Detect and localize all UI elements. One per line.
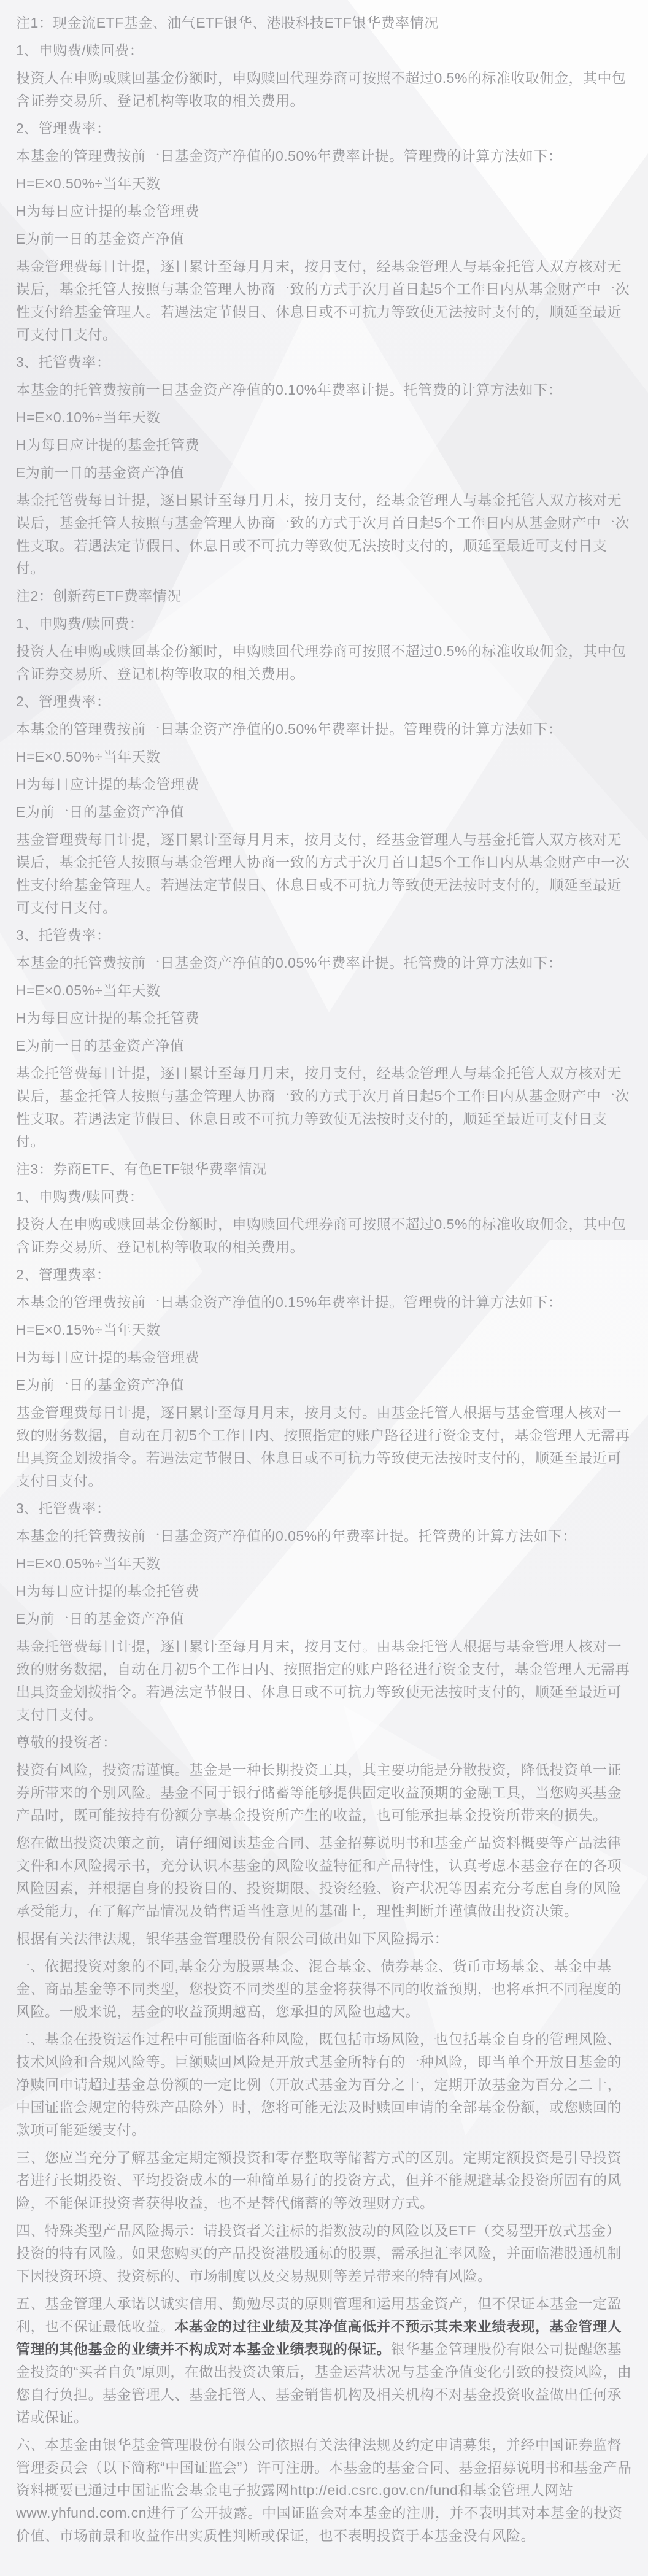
text-run: 1、申购费/赎回费： [16,615,144,631]
paragraph: 您在做出投资决策之前，请仔细阅读基金合同、基金招募说明书和基金产品资料概要等产品… [16,1832,632,1922]
text-run: 基金管理费每日计提，逐日累计至每月月末，按月支付，经基金管理人与基金托管人双方核… [16,258,630,342]
paragraph: 注1：现金流ETF基金、油气ETF银华、港股科技ETF银华费率情况 [16,12,632,34]
paragraph: H=E×0.50%÷当年天数 [16,172,632,195]
paragraph: 基金托管费每日计提，逐日累计至每月月末，按月支付，经基金管理人与基金托管人双方核… [16,1062,632,1153]
paragraph: 投资人在申购或赎回基金份额时，申购赎回代理券商可按照不超过0.5%的标准收取佣金… [16,1213,632,1259]
text-run: 注2：创新药ETF费率情况 [16,588,182,604]
text-run: 3、托管费率： [16,354,110,370]
text-run: 基金管理费每日计提，逐日累计至每月月末，按月支付。由基金托管人根据与基金管理人核… [16,1405,630,1489]
paragraph: H为每日应计提的基金管理费 [16,200,632,223]
paragraph: E为前一日的基金资产净值 [16,801,632,823]
text-run: H为每日应计提的基金托管费 [16,1010,199,1026]
text-run: 基金管理费每日计提，逐日累计至每月月末，按月支付，经基金管理人与基金托管人双方核… [16,831,630,916]
paragraph: 基金管理费每日计提，逐日累计至每月月末，按月支付。由基金托管人根据与基金管理人核… [16,1402,632,1492]
text-run: H=E×0.50%÷当年天数 [16,175,161,191]
text-run: E为前一日的基金资产净值 [16,1611,184,1627]
paragraph: E为前一日的基金资产净值 [16,1035,632,1057]
paragraph: E为前一日的基金资产净值 [16,1374,632,1397]
text-run: 本基金的托管费按前一日基金资产净值的0.05%年费率计提。托管费的计算方法如下： [16,955,562,971]
paragraph: 本基金的管理费按前一日基金资产净值的0.15%年费率计提。管理费的计算方法如下： [16,1291,632,1314]
paragraph: 六、本基金由银华基金管理股份有限公司依照有关法律法规及约定申请募集，并经中国证券… [16,2434,632,2547]
paragraph: 本基金的托管费按前一日基金资产净值的0.05%的年费率计提。托管费的计算方法如下… [16,1525,632,1548]
paragraph: H为每日应计提的基金管理费 [16,1346,632,1369]
paragraph: 3、托管费率： [16,1497,632,1520]
paragraph: 三、您应当充分了解基金定期定额投资和零存整取等储蓄方式的区别。定期定额投资是引导… [16,2146,632,2215]
text-run: H为每日应计提的基金管理费 [16,1349,199,1365]
text-run: 本基金的托管费按前一日基金资产净值的0.10%年费率计提。托管费的计算方法如下： [16,382,562,398]
paragraph: 五、基金管理人承诺以诚实信用、勤勉尽责的原则管理和运用基金资产，但不保证本基金一… [16,2293,632,2429]
text-run: H=E×0.50%÷当年天数 [16,749,161,765]
text-run: 投资人在申购或赎回基金份额时，申购赎回代理券商可按照不超过0.5%的标准收取佣金… [16,643,626,682]
paragraph: 本基金的托管费按前一日基金资产净值的0.05%年费率计提。托管费的计算方法如下： [16,952,632,974]
paragraph: 一、依据投资对象的不同,基金分为股票基金、混合基金、债券基金、货币市场基金、基金… [16,1955,632,2023]
paragraph: 3、托管费率： [16,351,632,374]
paragraph: 本基金的管理费按前一日基金资产净值的0.50%年费率计提。管理费的计算方法如下： [16,718,632,741]
text-run: 3、托管费率： [16,927,110,943]
paragraph: E为前一日的基金资产净值 [16,228,632,250]
text-run: H=E×0.05%÷当年天数 [16,1556,161,1571]
text-run: H为每日应计提的基金托管费 [16,437,199,453]
text-run: 本基金的管理费按前一日基金资产净值的0.15%年费率计提。管理费的计算方法如下： [16,1294,562,1310]
paragraph: E为前一日的基金资产净值 [16,1608,632,1630]
text-run: 3、托管费率： [16,1500,110,1516]
paragraph: H=E×0.50%÷当年天数 [16,746,632,768]
text-run: 您在做出投资决策之前，请仔细阅读基金合同、基金招募说明书和基金产品资料概要等产品… [16,1835,622,1919]
paragraph: H为每日应计提的基金托管费 [16,1007,632,1030]
text-run: 基金托管费每日计提，逐日累计至每月月末，按月支付，经基金管理人与基金托管人双方核… [16,492,630,576]
paragraph: 基金托管费每日计提，逐日累计至每月月末，按月支付。由基金托管人根据与基金管理人核… [16,1635,632,1726]
paragraph: 投资有风险，投资需谨慎。基金是一种长期投资工具，其主要功能是分散投资，降低投资单… [16,1759,632,1827]
text-run: 投资有风险，投资需谨慎。基金是一种长期投资工具，其主要功能是分散投资，降低投资单… [16,1762,622,1823]
paragraph: 注3：券商ETF、有色ETF银华费率情况 [16,1158,632,1181]
paragraph: 2、管理费率： [16,690,632,713]
text-run: 根据有关法律法规，银华基金管理股份有限公司做出如下风险揭示： [16,1930,449,1946]
text-run: 投资人在申购或赎回基金份额时，申购赎回代理券商可按照不超过0.5%的标准收取佣金… [16,70,626,109]
text-run: E为前一日的基金资产净值 [16,231,184,247]
paragraph: 基金托管费每日计提，逐日累计至每月月末，按月支付，经基金管理人与基金托管人双方核… [16,489,632,580]
text-run: 尊敬的投资者： [16,1734,117,1750]
paragraph: 1、申购费/赎回费： [16,612,632,635]
paragraph: H=E×0.10%÷当年天数 [16,406,632,429]
text-run: 1、申购费/赎回费： [16,1189,144,1205]
text-run: 注1：现金流ETF基金、油气ETF银华、港股科技ETF银华费率情况 [16,15,439,31]
text-run: H=E×0.05%÷当年天数 [16,982,161,998]
text-run: 基金托管费每日计提，逐日累计至每月月末，按月支付。由基金托管人根据与基金管理人核… [16,1638,630,1722]
text-run: 本基金的管理费按前一日基金资产净值的0.50%年费率计提。管理费的计算方法如下： [16,148,562,164]
paragraph: 1、申购费/赎回费： [16,39,632,62]
section-note1: 注1：现金流ETF基金、油气ETF银华、港股科技ETF银华费率情况1、申购费/赎… [16,12,632,580]
text-run: 2、管理费率： [16,120,110,136]
paragraph: 2、管理费率： [16,1263,632,1286]
text-run: 2、管理费率： [16,693,110,709]
paragraph: 基金管理费每日计提，逐日累计至每月月末，按月支付，经基金管理人与基金托管人双方核… [16,255,632,346]
paragraph: H=E×0.05%÷当年天数 [16,1552,632,1575]
paragraph: 本基金的管理费按前一日基金资产净值的0.50%年费率计提。管理费的计算方法如下： [16,145,632,168]
text-run: 1、申购费/赎回费： [16,42,144,58]
paragraph: 投资人在申购或赎回基金份额时，申购赎回代理券商可按照不超过0.5%的标准收取佣金… [16,640,632,685]
text-run: E为前一日的基金资产净值 [16,804,184,820]
text-run: H为每日应计提的基金托管费 [16,1583,199,1599]
text-run: 三、您应当充分了解基金定期定额投资和零存整取等储蓄方式的区别。定期定额投资是引导… [16,2150,622,2211]
text-run: E为前一日的基金资产净值 [16,1377,184,1393]
text-run: H为每日应计提的基金管理费 [16,776,199,792]
paragraph: E为前一日的基金资产净值 [16,461,632,484]
paragraph: 尊敬的投资者： [16,1731,632,1754]
paragraph: 1、申购费/赎回费： [16,1186,632,1208]
text-run: 基金托管费每日计提，逐日累计至每月月末，按月支付，经基金管理人与基金托管人双方核… [16,1065,630,1149]
text-run: 四、特殊类型产品风险揭示：请投资者关注标的指数波动的风险以及ETF（交易型开放式… [16,2223,622,2284]
text-run: 二、基金在投资运作过程中可能面临各种风险，既包括市场风险，也包括基金自身的管理风… [16,2031,622,2138]
paragraph: 二、基金在投资运作过程中可能面临各种风险，既包括市场风险，也包括基金自身的管理风… [16,2028,632,2142]
text-run: H=E×0.15%÷当年天数 [16,1322,161,1338]
section-note3: 注3：券商ETF、有色ETF银华费率情况1、申购费/赎回费：投资人在申购或赎回基… [16,1158,632,1726]
paragraph: 基金管理费每日计提，逐日累计至每月月末，按月支付，经基金管理人与基金托管人双方核… [16,828,632,919]
paragraph: 2、管理费率： [16,117,632,140]
text-run: 投资人在申购或赎回基金份额时，申购赎回代理券商可按照不超过0.5%的标准收取佣金… [16,1216,626,1255]
text-run: E为前一日的基金资产净值 [16,1038,184,1054]
text-run: H为每日应计提的基金管理费 [16,203,199,219]
paragraph: 注2：创新药ETF费率情况 [16,585,632,607]
paragraph: 根据有关法律法规，银华基金管理股份有限公司做出如下风险揭示： [16,1927,632,1950]
paragraph: H=E×0.15%÷当年天数 [16,1319,632,1341]
paragraph: 本基金的托管费按前一日基金资产净值的0.10%年费率计提。托管费的计算方法如下： [16,379,632,401]
text-run: 一、依据投资对象的不同,基金分为股票基金、混合基金、债券基金、货币市场基金、基金… [16,1958,622,2019]
paragraph: H=E×0.05%÷当年天数 [16,979,632,1002]
text-run: E为前一日的基金资产净值 [16,465,184,480]
text-run: 本基金的托管费按前一日基金资产净值的0.05%的年费率计提。托管费的计算方法如下… [16,1528,577,1544]
text-run: 2、管理费率： [16,1267,110,1282]
section-risk-disclosure: 尊敬的投资者：投资有风险，投资需谨慎。基金是一种长期投资工具，其主要功能是分散投… [16,1731,632,2547]
text-run: H=E×0.10%÷当年天数 [16,409,161,425]
paragraph: 3、托管费率： [16,924,632,947]
document-body: 注1：现金流ETF基金、油气ETF银华、港股科技ETF银华费率情况1、申购费/赎… [0,0,648,2547]
paragraph: H为每日应计提的基金托管费 [16,1580,632,1603]
paragraph: 投资人在申购或赎回基金份额时，申购赎回代理券商可按照不超过0.5%的标准收取佣金… [16,67,632,112]
text-run: 六、本基金由银华基金管理股份有限公司依照有关法律法规及约定申请募集，并经中国证券… [16,2437,631,2543]
text-run: 本基金的管理费按前一日基金资产净值的0.50%年费率计提。管理费的计算方法如下： [16,721,562,737]
paragraph: H为每日应计提的基金托管费 [16,434,632,457]
section-note2: 注2：创新药ETF费率情况1、申购费/赎回费：投资人在申购或赎回基金份额时，申购… [16,585,632,1153]
paragraph: 四、特殊类型产品风险揭示：请投资者关注标的指数波动的风险以及ETF（交易型开放式… [16,2219,632,2288]
paragraph: H为每日应计提的基金管理费 [16,773,632,796]
text-run: 注3：券商ETF、有色ETF银华费率情况 [16,1161,267,1177]
